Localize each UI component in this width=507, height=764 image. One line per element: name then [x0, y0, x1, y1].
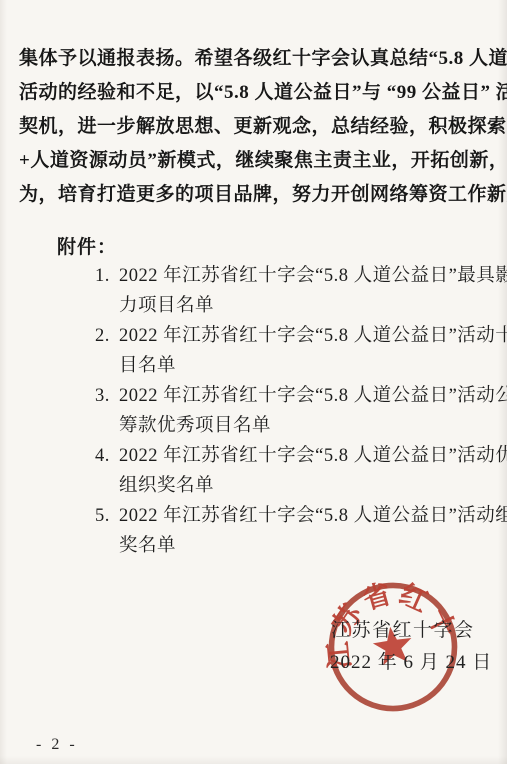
list-item-number: 1.: [95, 261, 119, 291]
list-item: 3. 2022 年江苏省红十字会“5.8 人道公益日”活动公众 筹款优秀项目名单: [95, 381, 507, 441]
attachments-label: 附件：: [57, 232, 117, 259]
list-item-number: 2.: [95, 321, 119, 351]
paragraph-line: 契机，进一步解放思想、更新观念，总结经验，积极探索“互联网: [19, 110, 507, 144]
list-item-text: 2022 年江苏省红十字会“5.8 人道公益日”最具影响: [119, 261, 507, 291]
list-item-text: 2022 年江苏省红十字会“5.8 人道公益日”活动组织: [119, 501, 507, 531]
list-item-text: 目名单: [95, 351, 507, 381]
paragraph-line: 集体予以通报表扬。希望各级红十字会认真总结“5.8 人道公益日”: [19, 42, 507, 76]
list-item-text: 组织奖名单: [95, 471, 507, 501]
attachments-list: 1. 2022 年江苏省红十字会“5.8 人道公益日”最具影响 力项目名单 2.…: [95, 261, 507, 561]
list-item: 2. 2022 年江苏省红十字会“5.8 人道公益日”活动十佳项 目名单: [95, 321, 507, 381]
body-paragraph: 集体予以通报表扬。希望各级红十字会认真总结“5.8 人道公益日” 活动的经验和不…: [19, 42, 507, 212]
paragraph-line: 为，培育打造更多的项目品牌，努力开创网络筹资工作新局面。: [19, 178, 507, 212]
list-item-text: 2022 年江苏省红十字会“5.8 人道公益日”活动优秀: [119, 441, 507, 471]
signature-date: 2022 年 6 月 24 日: [330, 647, 492, 674]
list-item: 1. 2022 年江苏省红十字会“5.8 人道公益日”最具影响 力项目名单: [95, 261, 507, 321]
list-item: 4. 2022 年江苏省红十字会“5.8 人道公益日”活动优秀 组织奖名单: [95, 441, 507, 501]
scanned-document-page: 集体予以通报表扬。希望各级红十字会认真总结“5.8 人道公益日” 活动的经验和不…: [0, 0, 507, 764]
list-item-text: 2022 年江苏省红十字会“5.8 人道公益日”活动十佳项: [119, 321, 507, 351]
signature-organization: 江苏省红十字会: [331, 615, 475, 642]
paragraph-line: 活动的经验和不足，以“5.8 人道公益日”与 “99 公益日” 活动为: [19, 76, 507, 110]
list-item-text: 筹款优秀项目名单: [95, 411, 507, 441]
list-item-number: 3.: [95, 381, 119, 411]
list-item: 5. 2022 年江苏省红十字会“5.8 人道公益日”活动组织 奖名单: [95, 501, 507, 561]
list-item-text: 力项目名单: [95, 291, 507, 321]
list-item-number: 4.: [95, 441, 119, 471]
list-item-text: 2022 年江苏省红十字会“5.8 人道公益日”活动公众: [119, 381, 507, 411]
page-number: - 2 -: [36, 736, 78, 754]
list-item-number: 5.: [95, 501, 119, 531]
paragraph-line: +人道资源动员”新模式，继续聚焦主责主业，开拓创新，主动作: [19, 144, 507, 178]
